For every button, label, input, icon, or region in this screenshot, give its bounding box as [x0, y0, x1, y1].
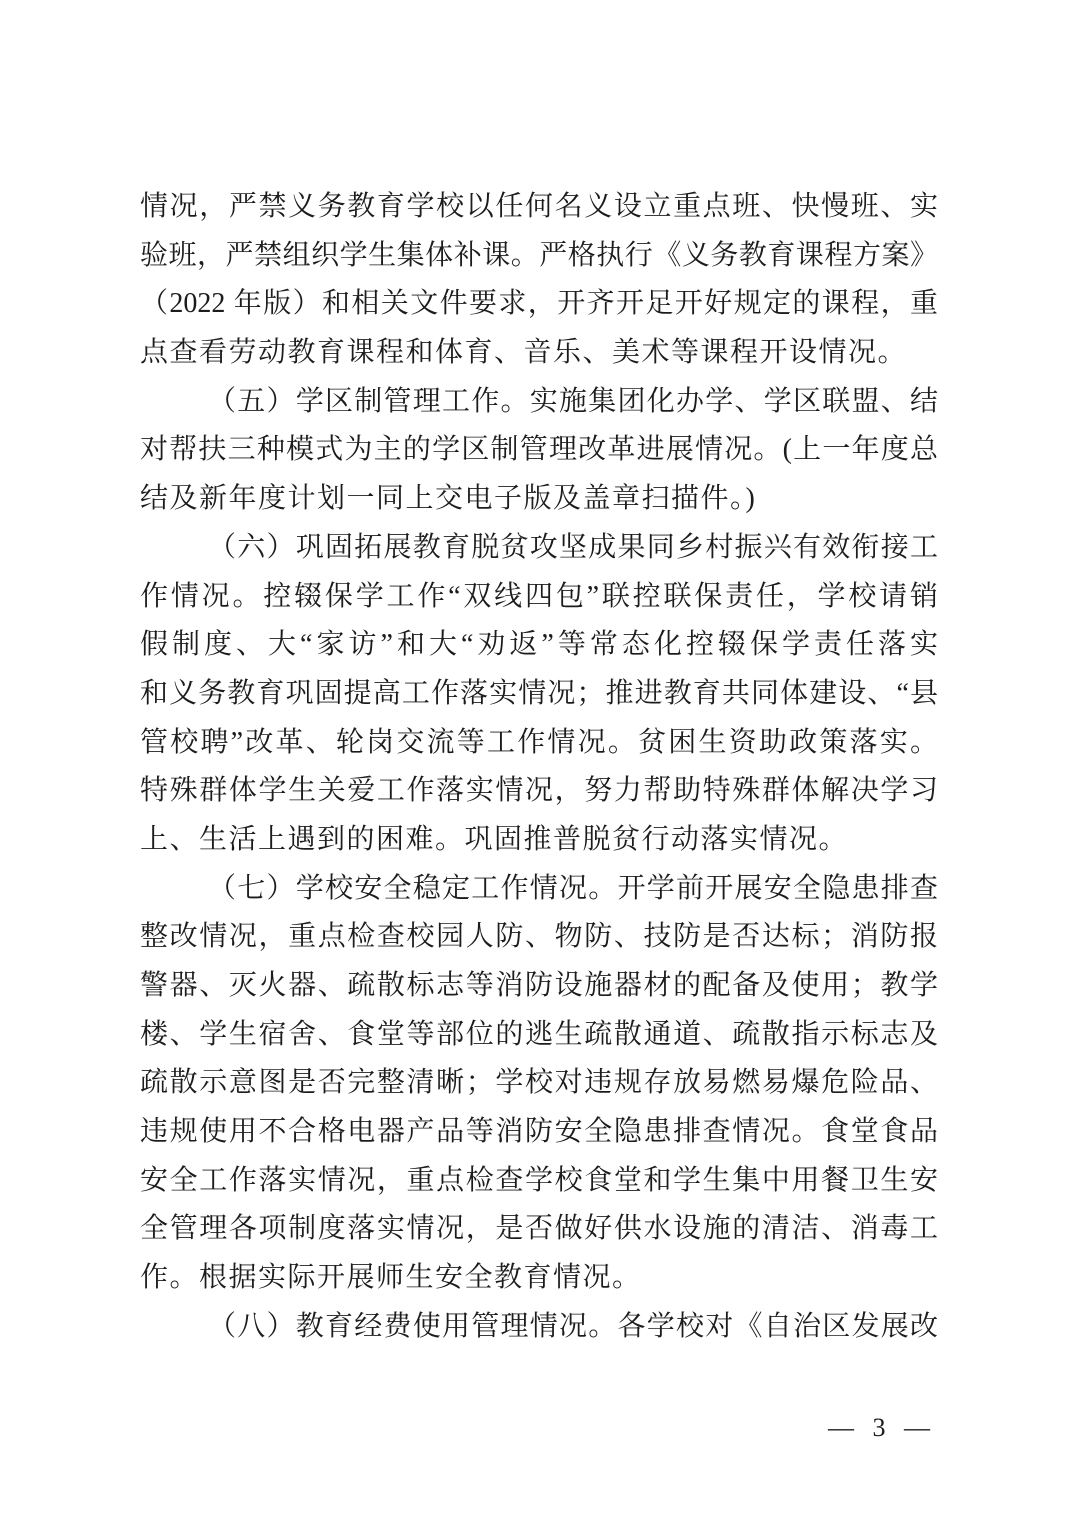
page-footer: — 3 —	[828, 1408, 936, 1448]
text-line: （五）学区制管理工作。实施集团化办学、学区联盟、结	[140, 378, 938, 427]
text-line: （七）学校安全稳定工作情况。开学前开展安全隐患排查	[140, 865, 938, 914]
text-line: 结及新年度计划一同上交电子版及盖章扫描件。)	[140, 475, 938, 524]
text-line: 假制度、大“家访”和大“劝返”等常态化控辍保学责任落实	[140, 621, 938, 670]
text-line: 点查看劳动教育课程和体育、音乐、美术等课程开设情况。	[140, 329, 938, 378]
text-line: 对帮扶三种模式为主的学区制管理改革进展情况。(上一年度总	[140, 426, 938, 475]
text-line: 管校聘”改革、轮岗交流等工作情况。贫困生资助政策落实。	[140, 719, 938, 768]
text-line: 警器、灭火器、疏散标志等消防设施器材的配备及使用；教学	[140, 962, 938, 1011]
document-page: 情况，严禁义务教育学校以任何名义设立重点班、快慢班、实验班，严禁组织学生集体补课…	[0, 0, 1074, 1520]
text-line: 全管理各项制度落实情况，是否做好供水设施的清洁、消毒工	[140, 1205, 938, 1254]
text-line: 安全工作落实情况，重点检查学校食堂和学生集中用餐卫生安	[140, 1157, 938, 1206]
text-line: 违规使用不合格电器产品等消防安全隐患排查情况。食堂食品	[140, 1108, 938, 1157]
text-line: 楼、学生宿舍、食堂等部位的逃生疏散通道、疏散指示标志及	[140, 1011, 938, 1060]
text-line: （2022 年版）和相关文件要求，开齐开足开好规定的课程，重	[140, 280, 938, 329]
text-line: 和义务教育巩固提高工作落实情况；推进教育共同体建设、“县	[140, 670, 938, 719]
text-line: 作情况。控辍保学工作“双线四包”联控联保责任，学校请销	[140, 573, 938, 622]
text-line: （六）巩固拓展教育脱贫攻坚成果同乡村振兴有效衔接工	[140, 524, 938, 573]
text-line: 上、生活上遇到的困难。巩固推普脱贫行动落实情况。	[140, 816, 938, 865]
text-line: 作。根据实际开展师生安全教育情况。	[140, 1254, 938, 1303]
text-line: （八）教育经费使用管理情况。各学校对《自治区发展改	[140, 1303, 938, 1352]
text-line: 疏散示意图是否完整清晰；学校对违规存放易燃易爆危险品、	[140, 1059, 938, 1108]
text-line: 特殊群体学生关爱工作落实情况，努力帮助特殊群体解决学习	[140, 767, 938, 816]
document-body: 情况，严禁义务教育学校以任何名义设立重点班、快慢班、实验班，严禁组织学生集体补课…	[140, 183, 938, 1352]
text-line: 情况，严禁义务教育学校以任何名义设立重点班、快慢班、实	[140, 183, 938, 232]
text-line: 整改情况，重点检查校园人防、物防、技防是否达标；消防报	[140, 913, 938, 962]
text-line: 验班，严禁组织学生集体补课。严格执行《义务教育课程方案》	[140, 232, 938, 281]
